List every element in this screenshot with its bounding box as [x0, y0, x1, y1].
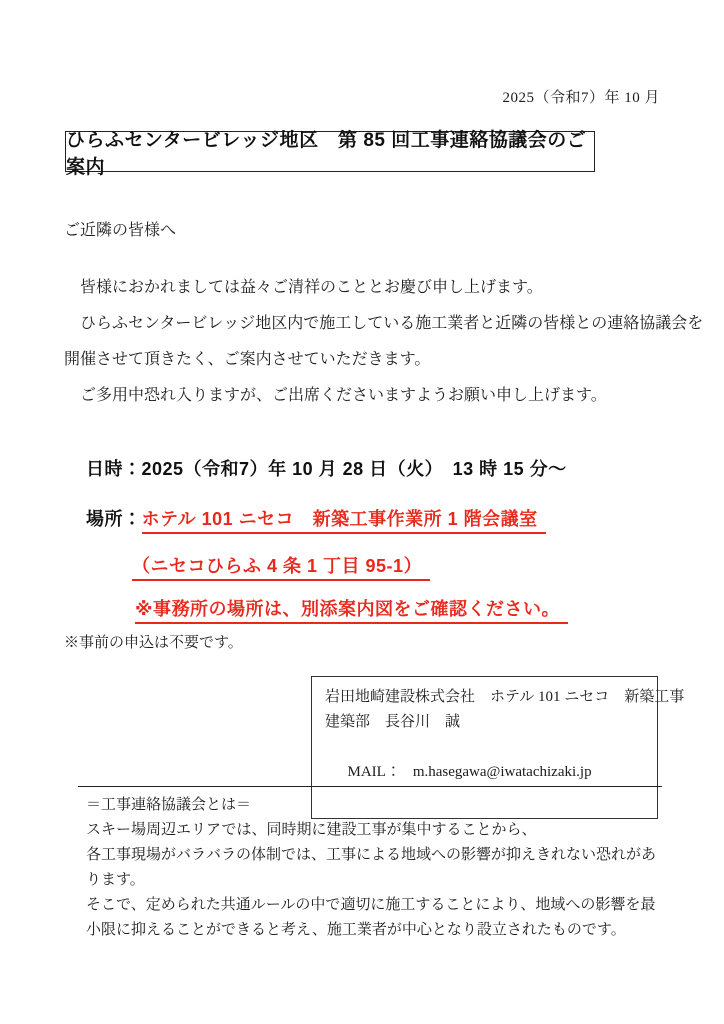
greeting-line: ご近隣の皆様へ — [64, 217, 176, 240]
about-section: ＝工事連絡協議会とは＝ スキー場周辺エリアでは、同時期に建設工事が集中することか… — [78, 786, 662, 943]
datetime-label: 日時： — [86, 459, 142, 479]
document-date: 2025（令和7）年 10 月 — [502, 86, 660, 107]
about-line: スキー場周辺エリアでは、同時期に建設工事が集中することから、 — [86, 818, 662, 843]
title-box: ひらふセンタービレッジ地区 第 85 回工事連絡協議会のご案内 — [65, 131, 595, 172]
contact-person-line: 建築部 長谷川 誠 — [325, 710, 645, 735]
about-heading: ＝工事連絡協議会とは＝ — [86, 793, 662, 818]
body-line: ご多用中恐れ入りますが、ご出席くださいますようお願い申し上げます。 — [64, 378, 676, 414]
about-line: そこで、定められた共通ルールの中で適切に施工することにより、地域への影響を最 — [86, 893, 662, 918]
body-line: 開催させて頂きたく、ご案内させていただきます。 — [64, 342, 676, 378]
about-line: ります。 — [86, 868, 662, 893]
place-note: ※事務所の場所は、別添案内図をご確認ください。 — [135, 599, 568, 624]
contact-company-line: 岩田地崎建設株式会社 ホテル 101 ニセコ 新築工事 — [325, 685, 645, 710]
document-title: ひらふセンタービレッジ地区 第 85 回工事連絡協議会のご案内 — [66, 125, 594, 179]
about-line: 小限に抑えることができると考え、施工業者が中心となり設立されたものです。 — [86, 918, 662, 943]
body-paragraph: 皆様におかれましては益々ご清祥のこととお慶び申し上げます。 ひらふセンタービレッ… — [64, 270, 676, 414]
document-page: 2025（令和7）年 10 月 ひらふセンタービレッジ地区 第 85 回工事連絡… — [0, 0, 724, 1024]
contact-mail-value: m.hasegawa@iwatachizaki.jp — [413, 764, 592, 780]
body-line: ひらふセンタービレッジ地区内で施工している施工業者と近隣の皆様との連絡協議会を — [64, 306, 676, 342]
pre-registration-note: ※事前の申込は不要です。 — [64, 631, 243, 652]
about-line: 各工事現場がバラバラの体制では、工事による地域への影響が抑えきれない恐れがあ — [86, 843, 662, 868]
contact-mail-label: MAIL： — [348, 764, 401, 780]
body-line: 皆様におかれましては益々ご清祥のこととお慶び申し上げます。 — [64, 270, 676, 306]
place-label: 場所： — [86, 509, 142, 529]
datetime-value: 2025（令和7）年 10 月 28 日（火） 13 時 15 分～ — [142, 459, 567, 479]
